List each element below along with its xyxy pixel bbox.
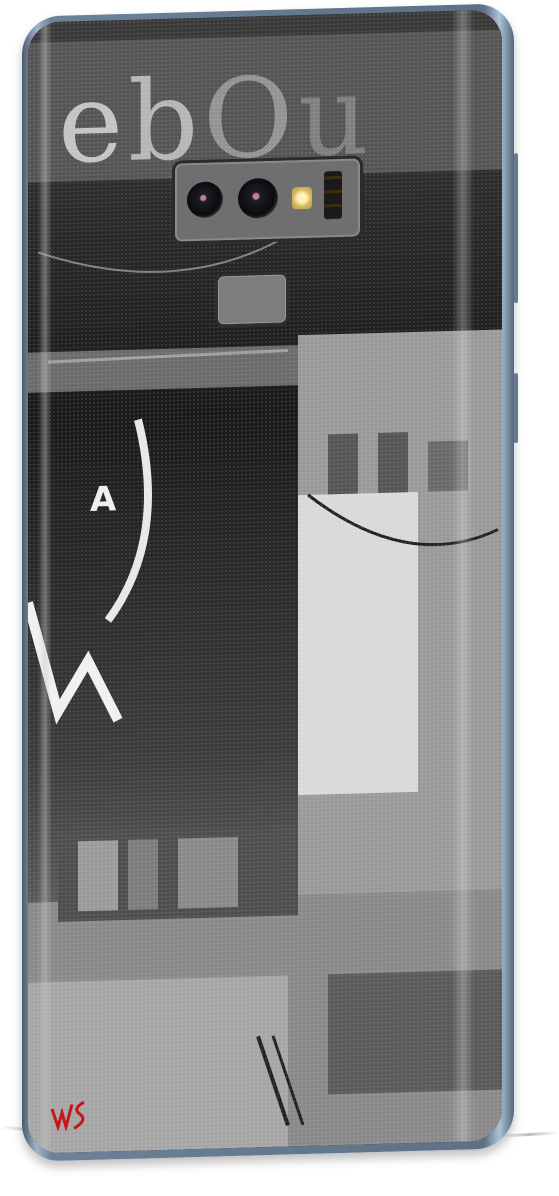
heart-rate-sensor-icon bbox=[324, 171, 342, 220]
camera-lens-icon bbox=[187, 181, 223, 218]
camera-module bbox=[172, 155, 363, 244]
surface-shadow-right bbox=[499, 1131, 559, 1137]
edge-highlight-left bbox=[38, 22, 52, 1153]
fingerprint-sensor bbox=[215, 271, 289, 327]
edge-highlight-right bbox=[452, 10, 474, 1142]
side-key bbox=[514, 373, 518, 443]
phone-body: e b O u A bbox=[22, 3, 514, 1162]
volume-button bbox=[514, 153, 518, 303]
camera-lens-icon bbox=[238, 178, 278, 219]
signature-logo-icon bbox=[50, 1098, 90, 1131]
flash-icon bbox=[292, 187, 312, 210]
